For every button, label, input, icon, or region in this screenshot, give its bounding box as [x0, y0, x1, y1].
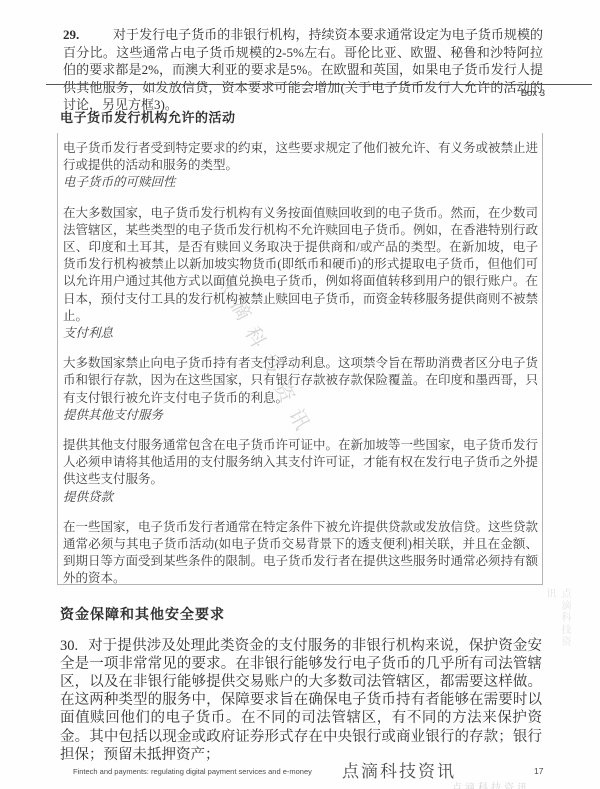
paragraph-29: 29.对于发行电子货币的非银行机构，持续资本要求通常设定为电子货币规模的百分比。…: [63, 26, 543, 114]
box-subheading: 电子货币的可赎回性: [63, 174, 538, 191]
box-subheading: 提供贷款: [63, 489, 538, 506]
box-paragraph: 在一些国家，电子货币发行者通常在特定条件下被允许提供贷款或发放信贷。这些贷款通常…: [63, 519, 538, 585]
paragraph-29-text: 对于发行电子货币的非银行机构，持续资本要求通常设定为电子货币规模的百分比。这些通…: [63, 27, 543, 112]
section-heading-funds: 资金保障和其他安全要求: [60, 604, 225, 624]
box-3-title: 电子货币发行机构允许的活动: [60, 107, 236, 126]
footer-brand: 点滴科技资讯: [342, 757, 456, 782]
paragraph-29-number: 29.: [63, 26, 113, 44]
box-paragraph: 提供其他支付服务通常包含在电子货币许可证中。在新加坡等一些国家，电子货币发行人必…: [63, 437, 538, 489]
box-paragraph: 电子货币发行者受到特定要求的约束，这些要求规定了他们被允许、有义务或被禁止进行或…: [63, 140, 538, 174]
paragraph-30-number: 30.: [60, 637, 88, 655]
watermark-edge: 点滴科技资讯: [542, 588, 572, 652]
page-number: 17: [534, 766, 543, 776]
document-page: 29.对于发行电子货币的非银行机构，持续资本要求通常设定为电子货币规模的百分比。…: [0, 0, 600, 789]
paragraph-30-text: 对于提供涉及处理此类资金的支付服务的非银行机构来说，保护资金安全是一项非常常见的…: [60, 638, 542, 763]
paragraph-30: 30.对于提供涉及处理此类资金的支付服务的非银行机构来说，保护资金安全是一项非常…: [60, 637, 542, 764]
box-3-label: Box 3: [521, 88, 545, 99]
watermark-ghost: 点滴科技资讯: [452, 779, 530, 789]
footer-document-title: Fintech and payments: regulating digital…: [73, 767, 312, 776]
box-subheading: 支付利息: [63, 325, 538, 342]
box-3-content: 电子货币发行者受到特定要求的约束，这些要求规定了他们被允许、有义务或被禁止进行或…: [57, 133, 543, 585]
box-paragraph: 大多数国家禁止向电子货币持有者支付浮动利息。这项禁令旨在帮助消费者区分电子货币和…: [63, 355, 538, 407]
box-3-top-rule: [46, 84, 592, 85]
box-subheading: 提供其他支付服务: [63, 407, 538, 424]
box-paragraph: 在大多数国家，电子货币发行机构有义务按面值赎回收到的电子货币。然而，在少数司法管…: [63, 205, 538, 325]
